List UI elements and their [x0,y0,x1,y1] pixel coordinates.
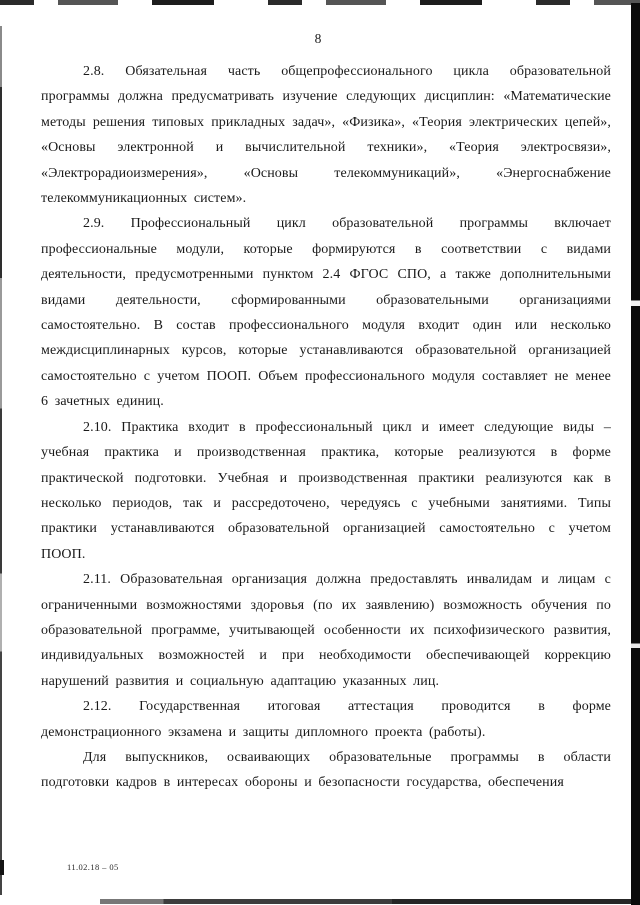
paragraph-2-12: 2.12. Государственная итоговая аттестаци… [41,694,611,745]
paragraph-2-10: 2.10. Практика входит в профессиональный… [41,415,611,567]
scan-artifact-top-edge [0,0,640,5]
paragraph-final: Для выпускников, осваивающих образовател… [41,745,611,796]
footer-document-code: 11.02.18 – 05 [67,862,119,872]
scan-artifact-left-edge [0,26,2,895]
page-number: 8 [0,31,636,47]
document-body: 2.8. Обязательная часть общепрофессионал… [41,59,611,796]
paragraph-2-9: 2.9. Профессиональный цикл образовательн… [41,211,611,414]
scan-artifact-bottom-left-mark [0,860,4,875]
paragraph-2-11: 2.11. Образовательная организация должна… [41,567,611,694]
scan-artifact-bottom-edge [100,899,631,904]
scan-artifact-right-edge [631,3,640,905]
paragraph-2-8: 2.8. Обязательная часть общепрофессионал… [41,59,611,211]
